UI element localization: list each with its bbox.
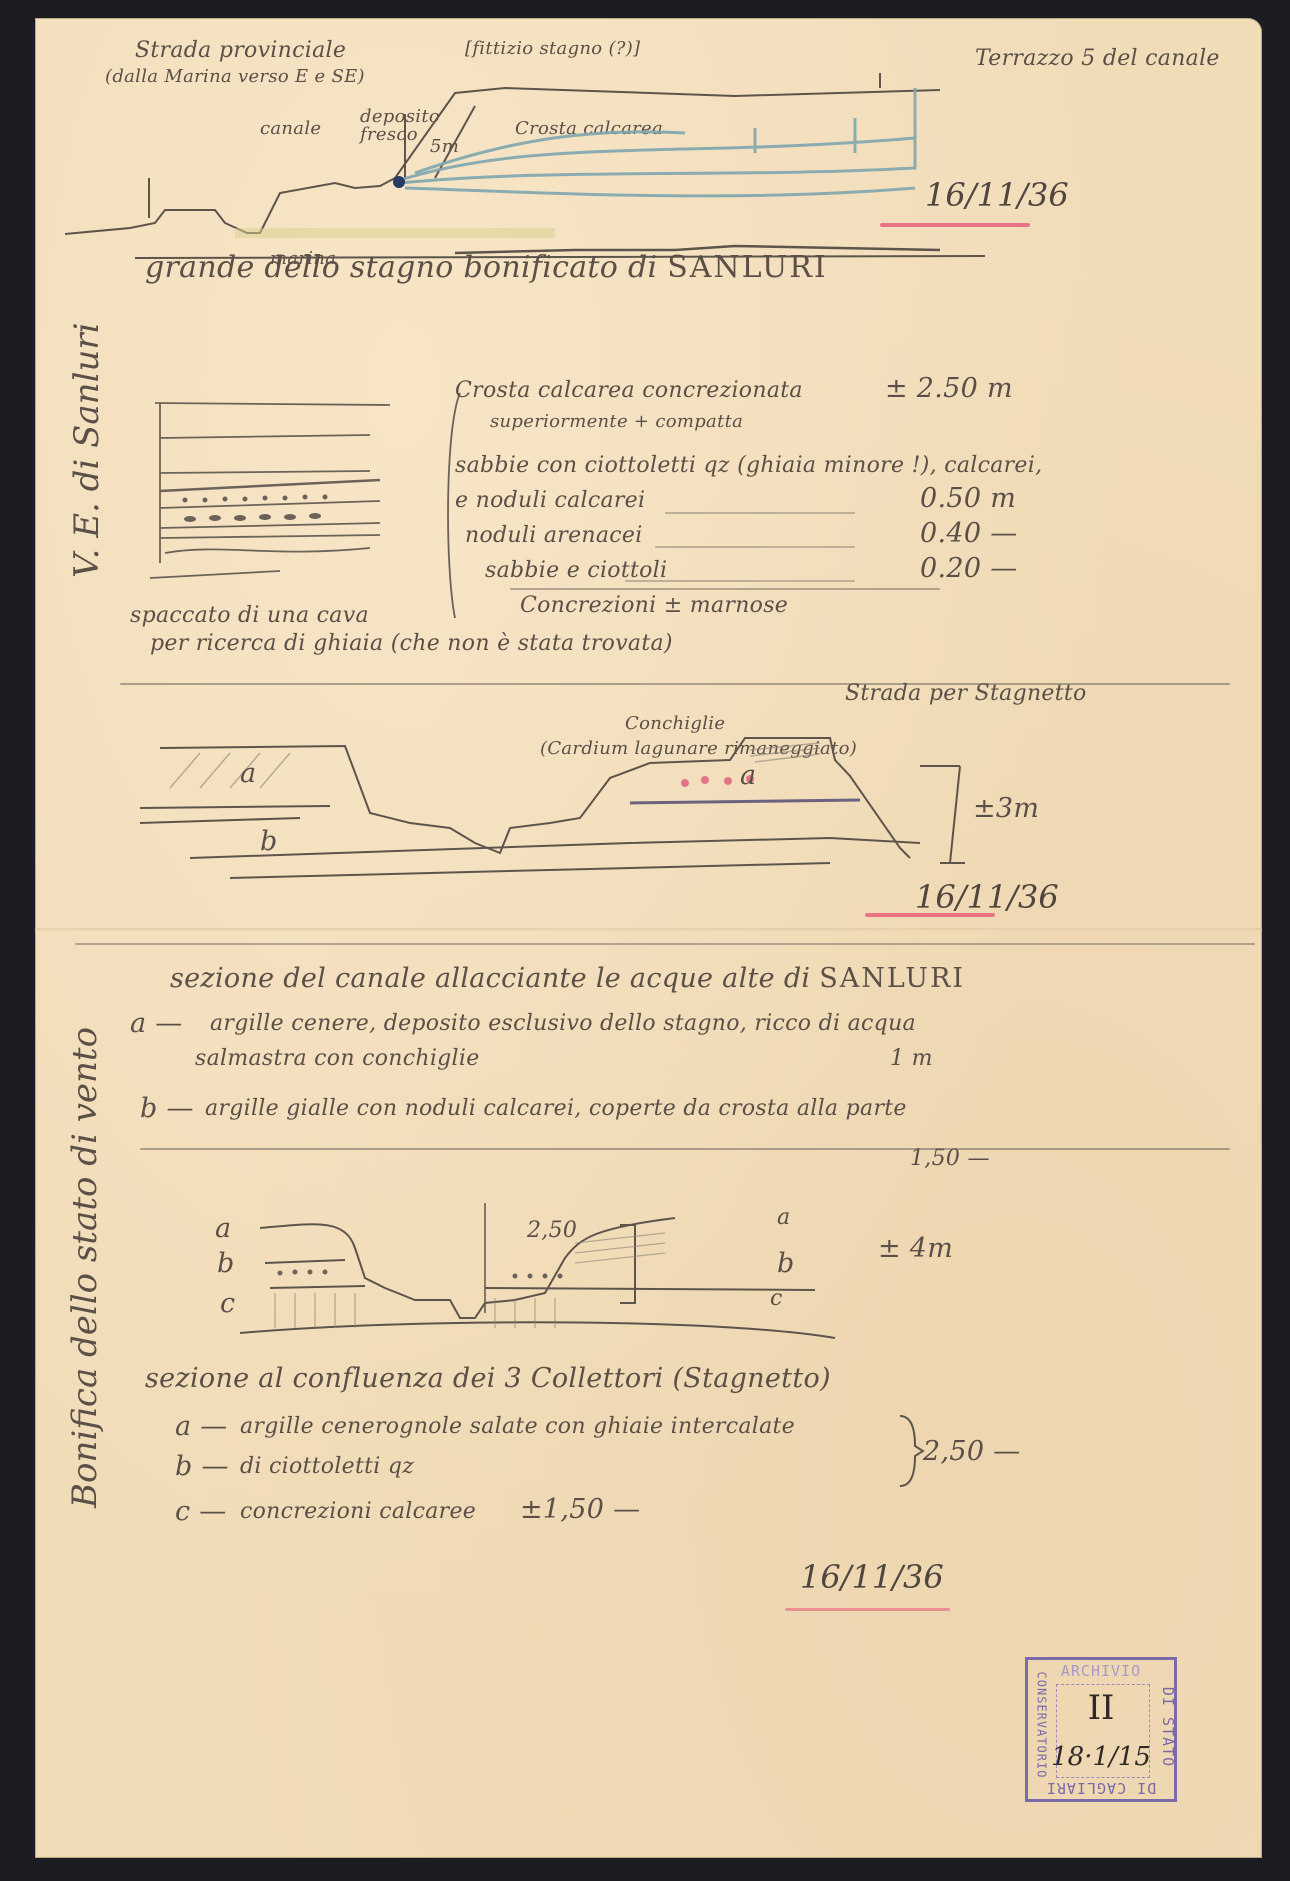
label-a-left: a xyxy=(215,1213,231,1244)
item-a-text: argille cenere, deposito esclusivo dello… xyxy=(210,1011,916,1036)
date-underline-3 xyxy=(865,913,995,917)
notebook-page: V. E. di Sanluri Bonifica dello stato di… xyxy=(35,18,1262,1858)
label-c-right: c xyxy=(770,1286,783,1311)
item-b-key: b — xyxy=(140,1093,194,1124)
item-c-text: concrezioni calcaree xyxy=(240,1499,476,1524)
layer-3-text: e noduli calcarei xyxy=(455,488,645,513)
stamp-bottom-text: DI CAGLIARI xyxy=(1028,1779,1174,1797)
item-a-key: a — xyxy=(130,1008,183,1039)
label-b: b xyxy=(260,826,278,857)
profile-sketch-1 xyxy=(35,18,1262,278)
layer-6-text: Concrezioni ± marnose xyxy=(520,593,788,618)
date-section-1: 16/11/36 xyxy=(925,176,1069,214)
item-c-value: ±1,50 — xyxy=(520,1494,640,1525)
page-fold xyxy=(35,928,1262,931)
section-2-title: grande dello stagno bonificato di SANLUR… xyxy=(145,250,828,285)
date-underline-1 xyxy=(880,223,1030,227)
label-road-stagnetto: Strada per Stagnetto xyxy=(845,681,1087,706)
label-b-right: b xyxy=(777,1248,795,1279)
stamp-number: 18·1/15 xyxy=(1028,1742,1174,1772)
stamp-volume: II xyxy=(1028,1688,1174,1728)
layer-2-text: sabbie con ciottoletti qz (ghiaia minore… xyxy=(455,453,1042,478)
label-a-left: a xyxy=(240,758,256,789)
label-depth: 2,50 xyxy=(527,1218,577,1243)
layer-3-value: 0.50 m xyxy=(920,483,1016,514)
divider xyxy=(140,1148,1230,1150)
label-b-left: b xyxy=(217,1248,235,1279)
section-4-title: sezione del canale allacciante le acque … xyxy=(170,963,965,994)
divider xyxy=(510,588,940,590)
item-a-text-cont: salmastra con conchiglie xyxy=(195,1046,480,1071)
stratigraphic-column-sketch xyxy=(130,383,450,583)
items-bracket xyxy=(895,1411,925,1491)
label-height-3m: ±3m xyxy=(973,793,1039,824)
note-line-1: spaccato di una cava xyxy=(130,603,369,628)
label-c-left: c xyxy=(220,1288,235,1319)
layer-5-value: 0.20 — xyxy=(920,553,1018,584)
place-name: SANLURI xyxy=(819,963,965,994)
layer-1-text: superiormente + compatta xyxy=(490,411,743,432)
label-a-right: a xyxy=(740,760,756,791)
leader-line xyxy=(655,546,855,548)
layer-0-text: Crosta calcarea concrezionata xyxy=(455,378,803,403)
margin-note-lower: Bonifica dello stato di vento xyxy=(65,1027,105,1508)
layer-0-value: ± 2.50 m xyxy=(885,373,1013,404)
label-a-right: a xyxy=(777,1205,790,1230)
label-height-4m: ± 4m xyxy=(878,1233,953,1264)
leader-line xyxy=(665,512,855,514)
profile-sketch-2 xyxy=(130,718,1230,878)
layer-4-value: 0.40 — xyxy=(920,518,1018,549)
item-b-text: argille gialle con noduli calcarei, cope… xyxy=(205,1096,907,1121)
note-line-2: per ricerca di ghiaia (che non è stata t… xyxy=(150,631,673,656)
date-underline-5 xyxy=(785,1608,950,1611)
profile-sketch-3 xyxy=(215,1188,1235,1348)
item-a-value: 1 m xyxy=(890,1046,933,1071)
section-5-title: sezione al confluenza dei 3 Collettori (… xyxy=(145,1363,831,1394)
item-b-key: b — xyxy=(175,1451,229,1482)
divider xyxy=(75,943,1255,945)
date-section-5: 16/11/36 xyxy=(800,1558,944,1596)
item-a-key: a — xyxy=(175,1411,228,1442)
leader-line xyxy=(625,580,855,582)
item-c-key: c — xyxy=(175,1496,227,1527)
margin-note-upper: V. E. di Sanluri xyxy=(67,323,107,578)
archive-stamp: ARCHIVIO DI STATO CONSERVATORIO DI CAGLI… xyxy=(1025,1657,1177,1802)
place-name: SANLURI xyxy=(667,250,827,285)
item-b-text: di ciottoletti qz xyxy=(240,1454,414,1479)
item-a-text: argille cenerognole salate con ghiaie in… xyxy=(240,1414,795,1439)
stamp-top-text: ARCHIVIO xyxy=(1028,1662,1174,1680)
date-section-3: 16/11/36 xyxy=(915,878,1059,916)
bracket-value: 2,50 — xyxy=(923,1436,1021,1467)
layer-4-text: noduli arenacei xyxy=(465,523,643,548)
